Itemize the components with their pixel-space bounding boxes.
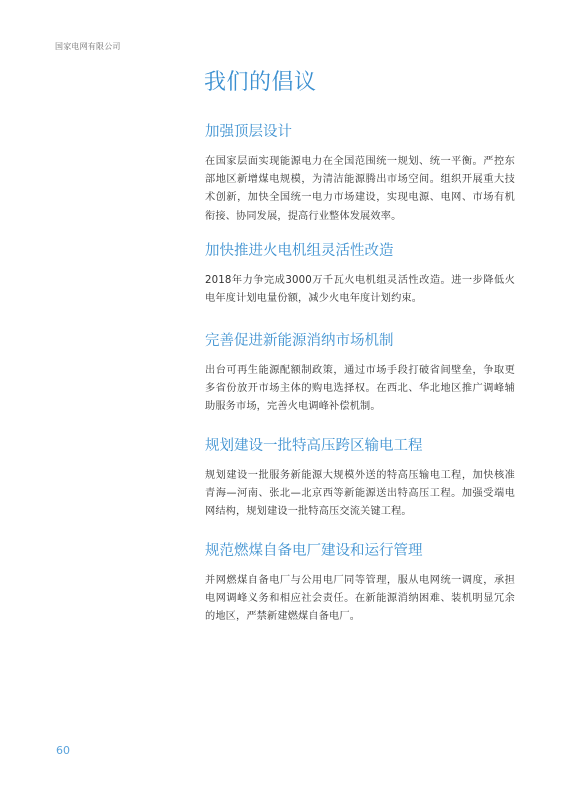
- page-title: 我们的倡议: [204, 68, 317, 98]
- section-thermal-flexibility: 加快推进火电机组灵活性改造 2018年力争完成3000万千瓦火电机组灵活性改造。…: [205, 241, 515, 308]
- section-heading: 完善促进新能源消纳市场机制: [205, 331, 515, 351]
- section-market-mechanism: 完善促进新能源消纳市场机制 出台可再生能源配额制政策，通过市场手段打破省间壁垒，…: [205, 331, 515, 417]
- section-body: 在国家层面实现能源电力在全国范围统一规划、统一平衡。严控东部地区新增煤电规模，为…: [205, 153, 515, 226]
- header-org-name: 国家电网有限公司: [55, 41, 121, 52]
- section-body: 并网燃煤自备电厂与公用电厂同等管理，服从电网统一调度，承担电网调峰义务和相应社会…: [205, 572, 515, 627]
- section-uhv-transmission: 规划建设一批特高压跨区输电工程 规划建设一批服务新能源大规模外送的特高压输电工程…: [205, 436, 515, 522]
- section-heading: 加强顶层设计: [205, 122, 515, 142]
- section-top-level-design: 加强顶层设计 在国家层面实现能源电力在全国范围统一规划、统一平衡。严控东部地区新…: [205, 122, 515, 226]
- section-heading: 规范燃煤自备电厂建设和运行管理: [205, 541, 515, 561]
- section-heading: 规划建设一批特高压跨区输电工程: [205, 436, 515, 456]
- section-body: 出台可再生能源配额制政策，通过市场手段打破省间壁垒，争取更多省份放开市场主体的购…: [205, 362, 515, 417]
- section-body: 2018年力争完成3000万千瓦火电机组灵活性改造。进一步降低火电年度计划电量份…: [205, 272, 515, 308]
- section-heading: 加快推进火电机组灵活性改造: [205, 241, 515, 261]
- section-captive-coal-plants: 规范燃煤自备电厂建设和运行管理 并网燃煤自备电厂与公用电厂同等管理，服从电网统一…: [205, 541, 515, 627]
- section-body: 规划建设一批服务新能源大规模外送的特高压输电工程，加快核准青海—河南、张北—北京…: [205, 467, 515, 522]
- page-number: 60: [56, 744, 70, 757]
